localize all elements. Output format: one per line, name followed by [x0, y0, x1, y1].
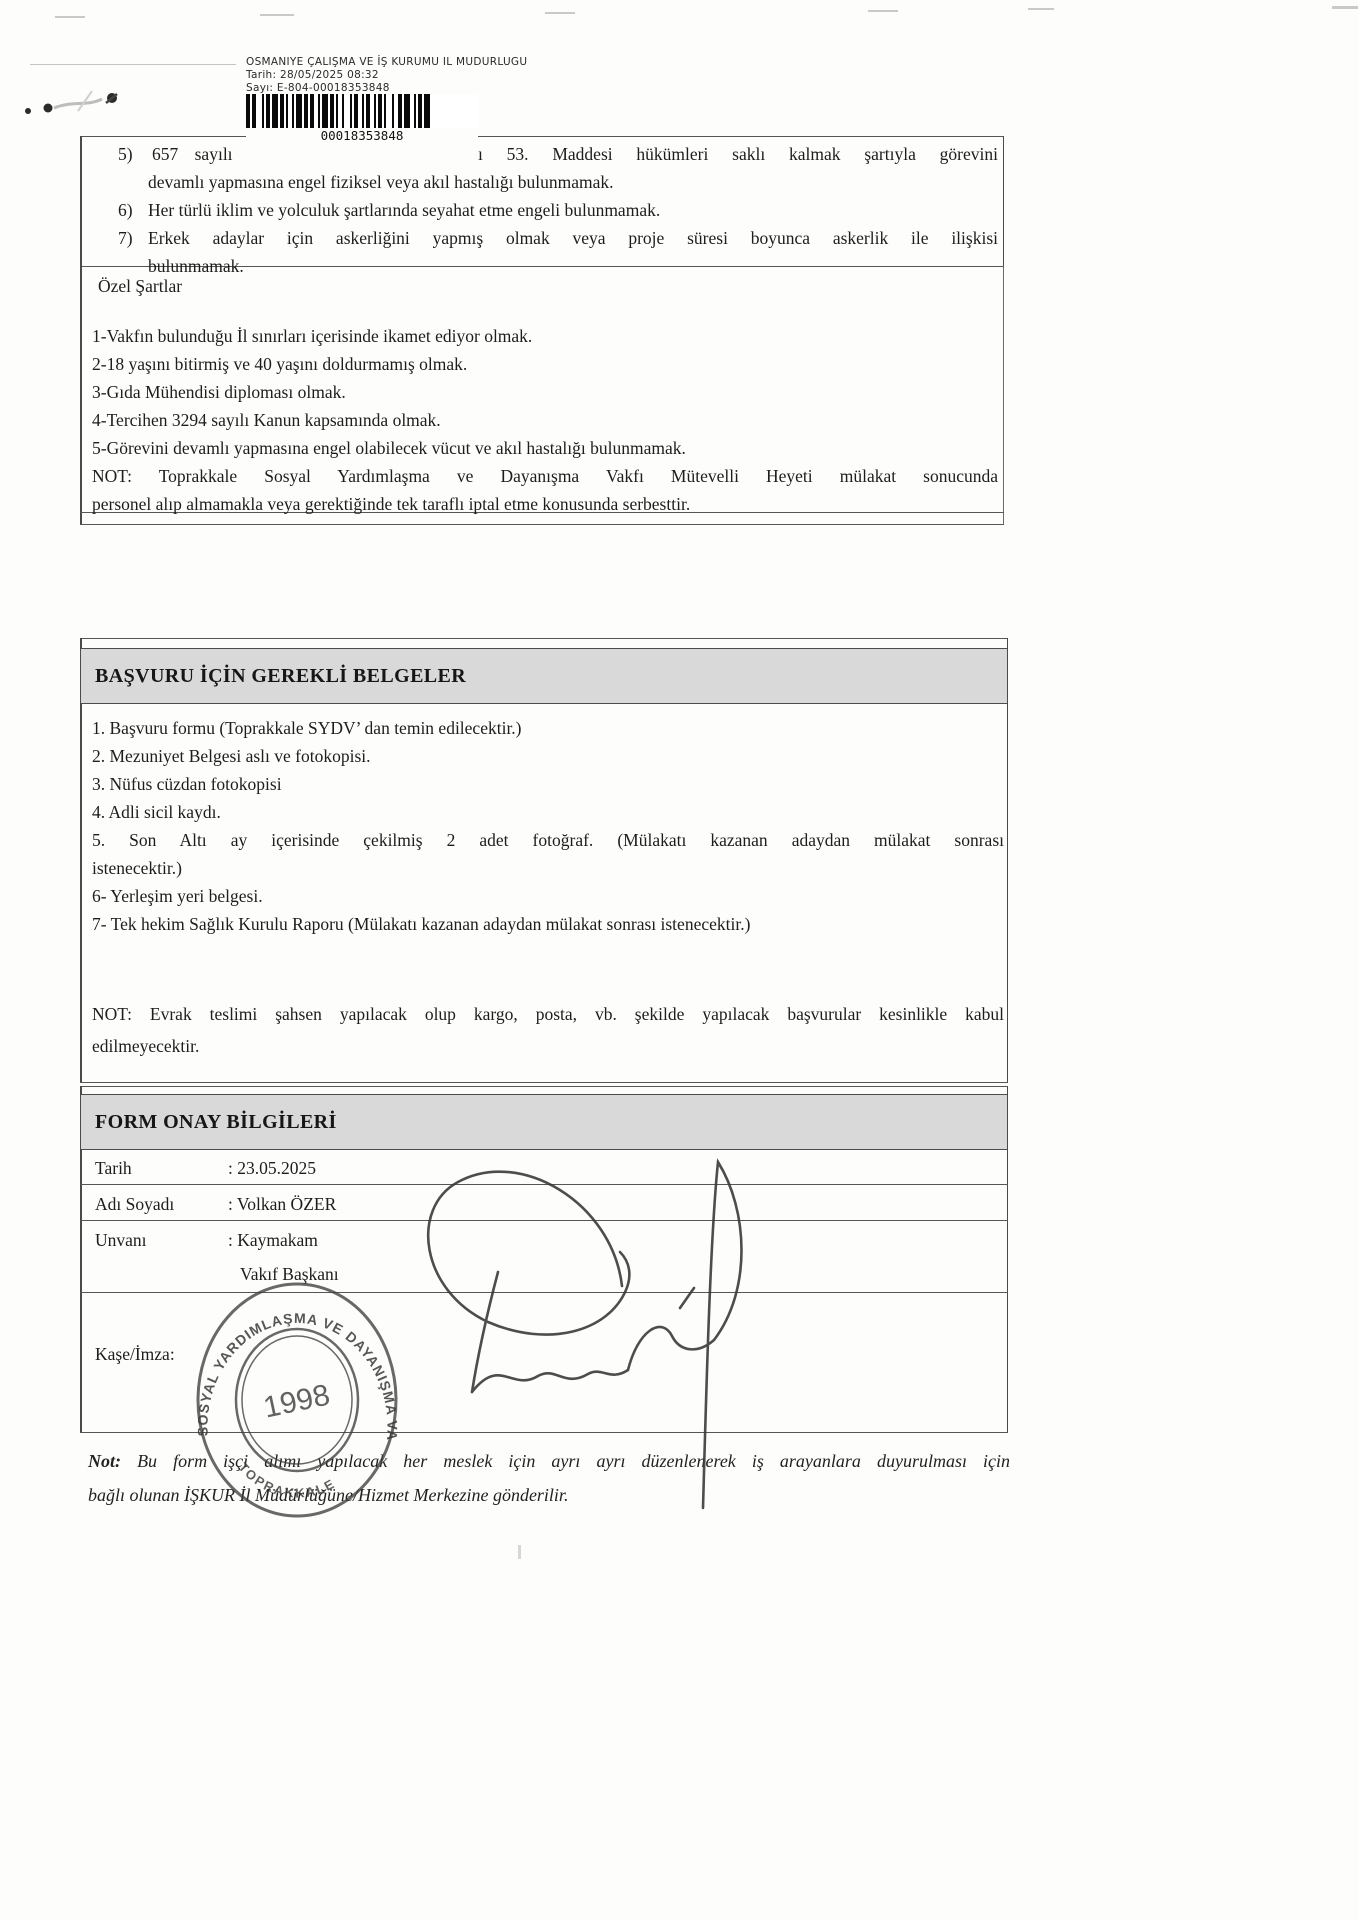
- stamp-signature-label: Kaşe/İmza:: [95, 1340, 175, 1368]
- item-6-text: Her türlü iklim ve yolculuk şartlarında …: [148, 196, 660, 224]
- approval-name-value: : Volkan ÖZER: [228, 1190, 336, 1218]
- approval-title-label: Unvanı: [95, 1226, 147, 1254]
- scan-artifact: [518, 1545, 521, 1559]
- footer-note-label: Not:: [88, 1451, 121, 1471]
- table-border: [80, 638, 82, 1082]
- approval-title-value: : Kaymakam: [228, 1226, 318, 1254]
- letterhead-office: OSMANIYE ÇALIŞMA VE İŞ KURUMU IL MUDURLU…: [246, 56, 527, 69]
- item-5-line2: devamlı yapmasına engel fiziksel veya ak…: [148, 168, 614, 196]
- scan-artifact: [30, 64, 236, 65]
- special-conditions-title: Özel Şartlar: [98, 272, 182, 300]
- scanned-document-page: OSMANIYE ÇALIŞMA VE İŞ KURUMU IL MUDURLU…: [0, 0, 1358, 1920]
- documents-note-line2: edilmeyecektir.: [92, 1032, 199, 1060]
- scan-artifact: [868, 10, 898, 12]
- document-item: 6- Yerleşim yeri belgesi.: [92, 882, 263, 910]
- foundation-stamp: SOSYAL YARDIMLAŞMA VE DAYANIŞMA VAKFI★ T…: [190, 1278, 405, 1523]
- special-condition-item: 4-Tercihen 3294 sayılı Kanun kapsamında …: [92, 406, 441, 434]
- document-item: 4. Adli sicil kaydı.: [92, 798, 221, 826]
- barcode-number: 00018353848: [246, 128, 478, 144]
- approval-date-label: Tarih: [95, 1154, 132, 1182]
- table-border: [1003, 136, 1004, 266]
- scan-artifact: [260, 14, 294, 16]
- item-7-number: 7): [118, 224, 133, 252]
- required-documents-header-bar: BAŞVURU İÇİN GEREKLİ BELGELER: [81, 648, 1007, 704]
- document-item: 5. Son Altı ay içerisinde çekilmiş 2 ade…: [92, 826, 1004, 854]
- table-border: [1007, 1086, 1008, 1432]
- letterhead: OSMANIYE ÇALIŞMA VE İŞ KURUMU IL MUDURLU…: [246, 56, 527, 95]
- table-border: [80, 524, 1004, 525]
- scan-artifact: [1028, 8, 1054, 10]
- barcode: [246, 94, 478, 130]
- scan-artifact: [1332, 6, 1358, 9]
- item-5-number: 5): [118, 140, 133, 168]
- table-border: [80, 266, 82, 524]
- item-7-line1: Erkek adaylar için askerliğini yapmış ol…: [148, 224, 998, 252]
- scan-artifact: [545, 12, 575, 14]
- stamp-year: 1998: [261, 1378, 333, 1424]
- table-border: [80, 638, 1008, 639]
- table-border: [1003, 266, 1004, 524]
- special-condition-item: 1-Vakfın bulunduğu İl sınırları içerisin…: [92, 322, 532, 350]
- document-item: 7- Tek hekim Sağlık Kurulu Raporu (Mülak…: [92, 910, 750, 938]
- special-condition-item: 2-18 yaşını bitirmiş ve 40 yaşını doldur…: [92, 350, 467, 378]
- approval-header: FORM ONAY BİLGİLERİ: [81, 1111, 337, 1134]
- letterhead-date: Tarih: 28/05/2025 08:32: [246, 69, 527, 82]
- special-condition-item: 5-Görevini devamlı yapmasına engel olabi…: [92, 434, 686, 462]
- table-border: [80, 1086, 1008, 1087]
- scan-artifact: [55, 16, 85, 18]
- item-5-rest: ı 53. Maddesi hükümleri saklı kalmak şar…: [478, 140, 998, 168]
- table-border: [80, 136, 1004, 137]
- table-border: [80, 136, 82, 266]
- table-border: [1007, 638, 1008, 1082]
- special-conditions-note-line2: personel alıp almamakla veya gerektiğind…: [92, 490, 690, 518]
- item-5-pre: 657 sayılı: [152, 140, 233, 168]
- table-border: [80, 1082, 1008, 1083]
- pencil-scribble: [18, 85, 133, 127]
- document-item: 3. Nüfus cüzdan fotokopisi: [92, 770, 282, 798]
- signature: [380, 1140, 780, 1520]
- special-conditions-note-line1: NOT: Toprakkale Sosyal Yardımlaşma ve Da…: [92, 462, 998, 490]
- approval-name-label: Adı Soyadı: [95, 1190, 174, 1218]
- documents-note-line1: NOT: Evrak teslimi şahsen yapılacak olup…: [92, 1000, 1004, 1028]
- item-6-number: 6): [118, 196, 133, 224]
- document-item: 2. Mezuniyet Belgesi aslı ve fotokopisi.: [92, 742, 371, 770]
- approval-date-value: : 23.05.2025: [228, 1154, 316, 1182]
- special-condition-item: 3-Gıda Mühendisi diploması olmak.: [92, 378, 346, 406]
- document-item: istenecektir.): [92, 854, 182, 882]
- required-documents-header: BAŞVURU İÇİN GEREKLİ BELGELER: [81, 665, 466, 688]
- document-item: 1. Başvuru formu (Toprakkale SYDV’ dan t…: [92, 714, 522, 742]
